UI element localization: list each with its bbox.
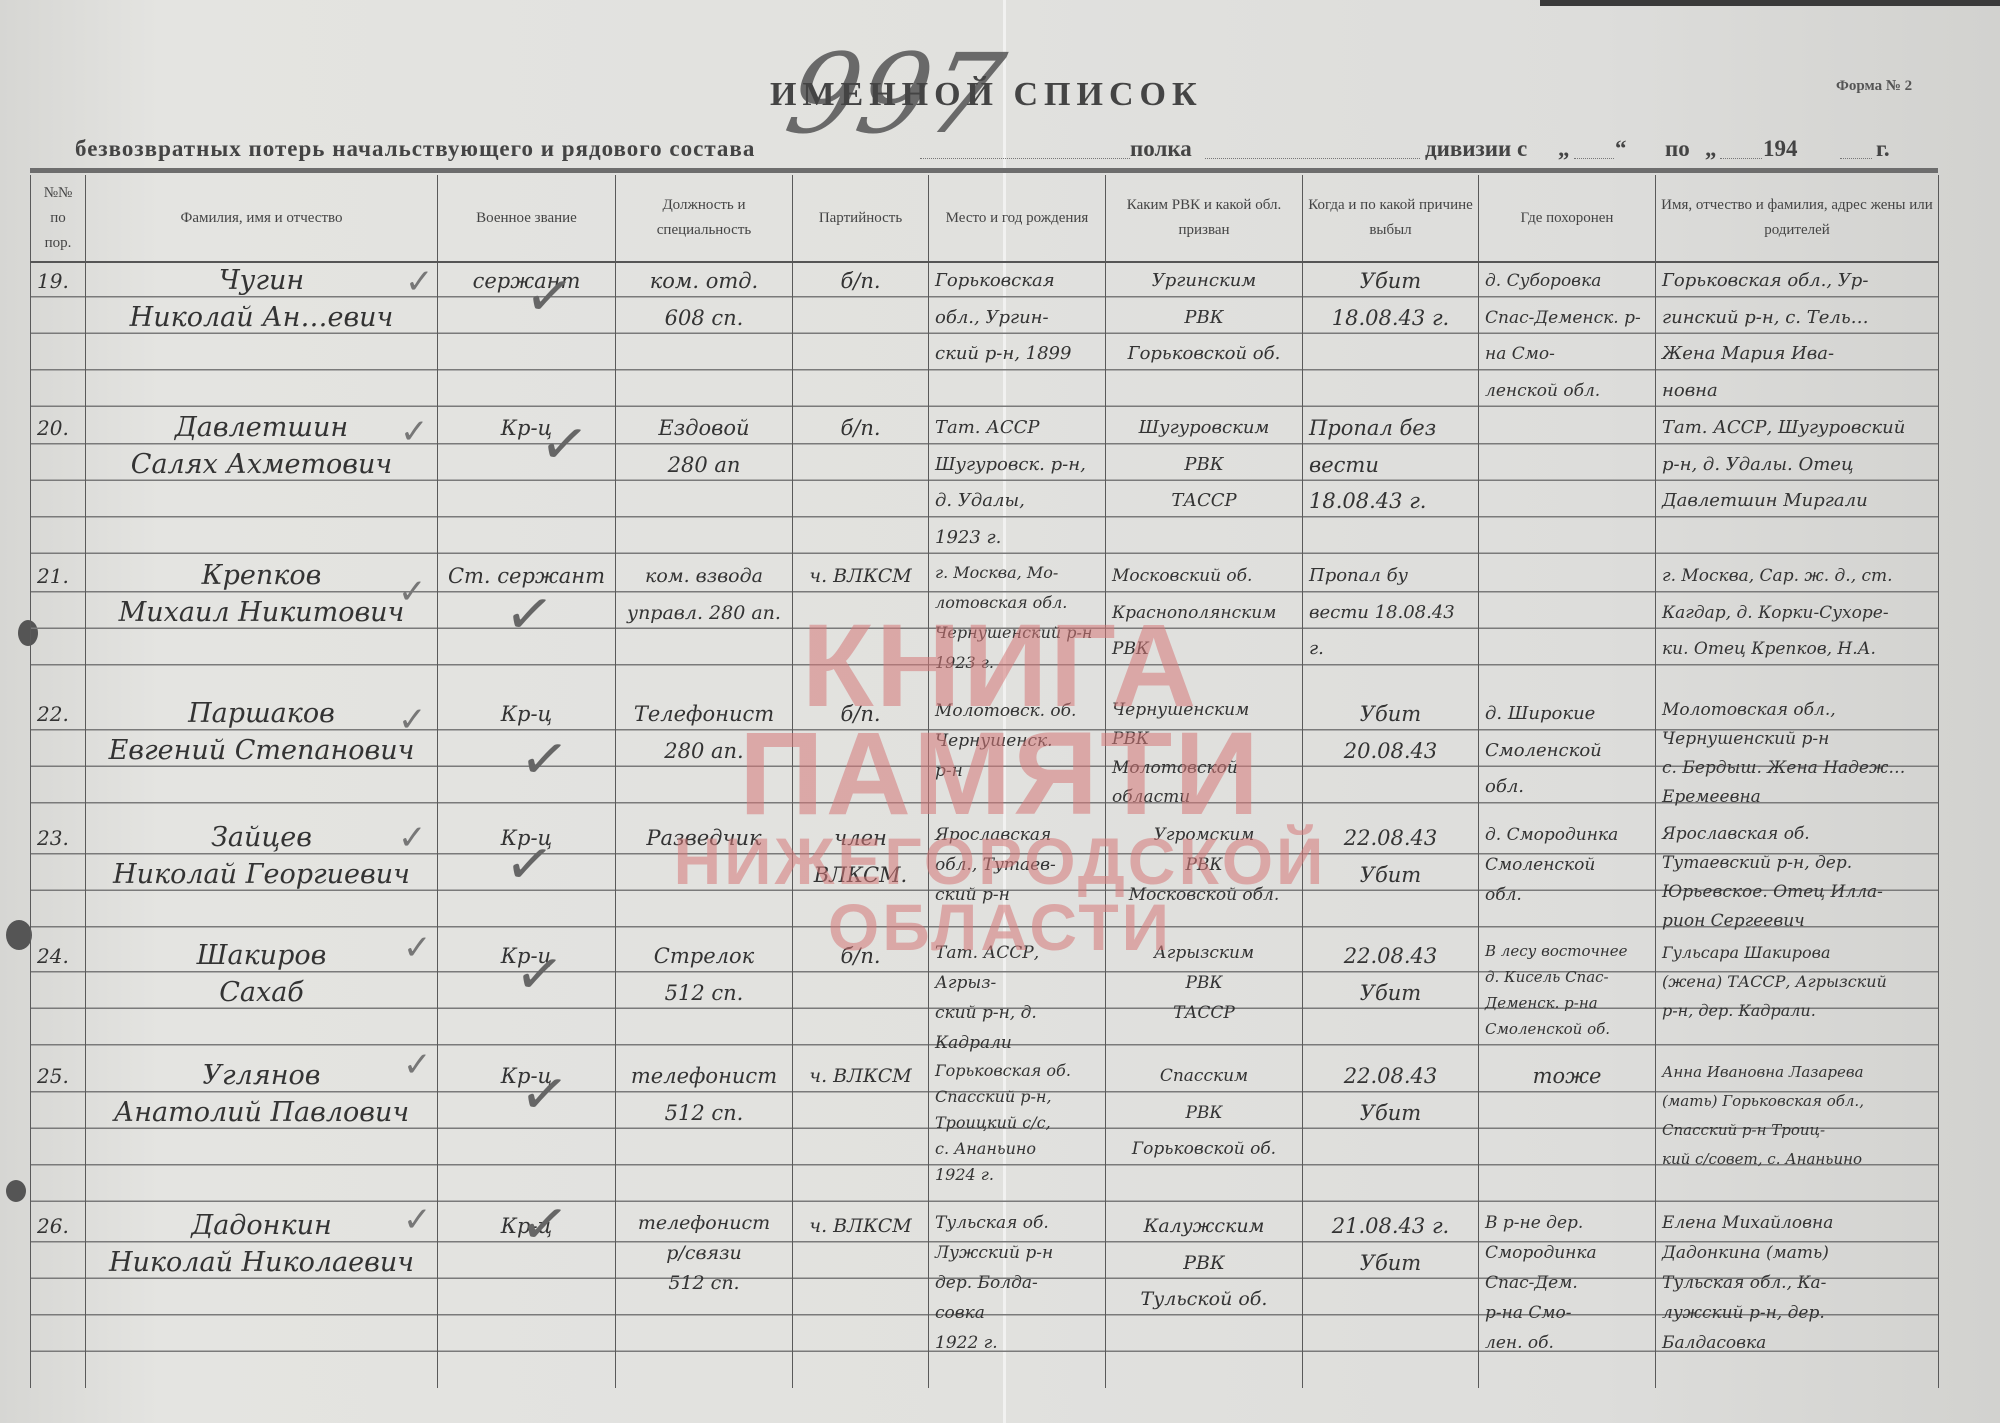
binding-hole — [6, 1180, 26, 1202]
cell-birth: Горьковская обл., Ургин- ский р-н, 1899 — [929, 262, 1106, 410]
cell-rvk: Ургинским РВК Горьковской об. — [1106, 262, 1303, 410]
cell-relatives: Ярославская об. Тутаевский р-н, дер. Юрь… — [1656, 820, 1939, 938]
checkmark-icon: ✓ — [516, 1057, 574, 1131]
year-suffix: г. — [1876, 136, 1890, 162]
cell-relatives: г. Москва, Сар. ж. д., ст. Кагдар, д. Ко… — [1656, 558, 1939, 696]
header-rule — [30, 168, 1938, 173]
cell-birth: Ярославская обл., Тутаев- ский р-н — [929, 820, 1106, 938]
cell-position: Ездовой 280 ап — [616, 410, 793, 558]
tick-icon: ✓ — [398, 700, 427, 740]
table-row: 22. Паршаков Евгений Степанович Кр-ц Тел… — [31, 696, 1939, 820]
tick-icon: ✓ — [398, 818, 427, 858]
date-from-quote-close: “ — [1615, 136, 1627, 162]
row-number: 25. — [31, 1058, 86, 1208]
cell-rvk: Агрызским РВК ТАССР — [1106, 938, 1303, 1058]
cell-rvk: Калужским РВК Тульской об. — [1106, 1208, 1303, 1388]
cell-position: телефонист р/связи 512 сп. — [616, 1208, 793, 1388]
col-rvk: Каким РВК и какой обл. призван — [1106, 175, 1303, 262]
date-to-quote: „ — [1705, 136, 1717, 162]
col-full-name: Фамилия, имя и отчество — [86, 175, 438, 262]
cell-when: Пропал без вести 18.08.43 г. — [1303, 410, 1479, 558]
cell-relatives: Горьковская обл., Ур- гинский р-н, с. Те… — [1656, 262, 1939, 410]
cell-name: Дадонкин Николай Николаевич — [86, 1208, 438, 1388]
cell-name: Чугин Николай Ан…евич — [86, 262, 438, 410]
scan-edge — [1540, 0, 2000, 6]
table-row: 24. Шакиров Сахаб Кр-ц Стрелок 512 сп. б… — [31, 938, 1939, 1058]
col-relatives: Имя, отчество и фамилия, адрес жены или … — [1656, 175, 1939, 262]
table-row: 25. Углянов Анатолий Павлович Кр-ц телеф… — [31, 1058, 1939, 1208]
col-when-why: Когда и по какой причине выбыл — [1303, 175, 1479, 262]
date-from-quote: „ — [1558, 136, 1570, 162]
checkmark-icon: ✓ — [536, 407, 594, 481]
checkmark-icon: ✓ — [501, 577, 559, 651]
checkmark-icon: ✓ — [521, 259, 579, 333]
row-number: 20. — [31, 410, 86, 558]
table-row: 20. Давлетшин Салях Ахметович Кр-ц Ездов… — [31, 410, 1939, 558]
cell-buried: д. Суборовка Спас-Деменск. р-на Смо- лен… — [1479, 262, 1656, 410]
col-birth: Место и год рождения — [929, 175, 1106, 262]
table-row: 26. Дадонкин Николай Николаевич Кр-ц тел… — [31, 1208, 1939, 1388]
table-row: 23. Зайцев Николай Георгиевич Кр-ц Разве… — [31, 820, 1939, 938]
row-number: 19. — [31, 262, 86, 410]
row-number: 26. — [31, 1208, 86, 1388]
cell-relatives: Молотовская обл., Чернушенский р-н с. Бе… — [1656, 696, 1939, 820]
cell-party: ч. ВЛКСМ — [793, 1058, 929, 1208]
cell-buried: В р-не дер. Смородинка Спас-Дем. р-на См… — [1479, 1208, 1656, 1388]
cell-when: Убит 20.08.43 — [1303, 696, 1479, 820]
checkmark-icon: ✓ — [516, 1187, 574, 1261]
year-label: 194 — [1763, 136, 1798, 162]
cell-buried — [1479, 558, 1656, 696]
cell-birth: г. Москва, Мо- лотовская обл. Чернушенск… — [929, 558, 1106, 696]
cell-relatives: Елена Михайловна Дадонкина (мать) Тульск… — [1656, 1208, 1939, 1388]
form-number: Форма № 2 — [1836, 78, 1912, 95]
cell-relatives: Гульсара Шакирова (жена) ТАССР, Агрызски… — [1656, 938, 1939, 1058]
col-number: №№ по пор. — [31, 175, 86, 262]
cell-name: Давлетшин Салях Ахметович — [86, 410, 438, 558]
cell-rvk: Чернушенским РВК Молотовской области — [1106, 696, 1303, 820]
binding-hole — [6, 920, 32, 950]
cell-party: б/п. — [793, 938, 929, 1058]
cell-position: Стрелок 512 сп. — [616, 938, 793, 1058]
col-position: Должность и специальность — [616, 175, 793, 262]
date-from-blank — [1574, 158, 1614, 159]
cell-relatives: Анна Ивановна Лазарева (мать) Горьковска… — [1656, 1058, 1939, 1208]
casualty-table: №№ по пор. Фамилия, имя и отчество Военн… — [30, 175, 1939, 1388]
cell-position: ком. взвода управл. 280 ап. — [616, 558, 793, 696]
cell-when: 21.08.43 г. Убит — [1303, 1208, 1479, 1388]
table-header-row: №№ по пор. Фамилия, имя и отчество Военн… — [31, 175, 1939, 262]
row-number: 21. — [31, 558, 86, 696]
cell-birth: Тат. АССР Шугуровск. р-н, д. Удалы, 1923… — [929, 410, 1106, 558]
col-rank: Военное звание — [438, 175, 616, 262]
cell-rvk: Шугуровским РВК ТАССР — [1106, 410, 1303, 558]
cell-birth: Тульская об. Лужский р-н дер. Болда- сов… — [929, 1208, 1106, 1388]
cell-birth: Горьковская об. Спасский р-н, Троицкий с… — [929, 1058, 1106, 1208]
col-buried: Где похоронен — [1479, 175, 1656, 262]
date-to-blank — [1720, 158, 1762, 159]
cell-buried: В лесу восточнее д. Кисель Спас- Деменск… — [1479, 938, 1656, 1058]
tick-icon: ✓ — [405, 262, 434, 302]
cell-position: ком. отд. 608 сп. — [616, 262, 793, 410]
cell-relatives: Тат. АССР, Шугуровский р-н, д. Удалы. От… — [1656, 410, 1939, 558]
cell-party: член ВЛКСМ. — [793, 820, 929, 938]
checkmark-icon: ✓ — [501, 827, 559, 901]
row-number: 23. — [31, 820, 86, 938]
table-row: 19. Чугин Николай Ан…евич сержант ком. о… — [31, 262, 1939, 410]
row-number: 24. — [31, 938, 86, 1058]
division-label: дивизии с — [1425, 136, 1527, 162]
cell-position: Разведчик — [616, 820, 793, 938]
cell-buried: д. Широкие Смоленской обл. — [1479, 696, 1656, 820]
tick-icon: ✓ — [403, 1045, 432, 1085]
regiment-label: полка — [1130, 136, 1192, 162]
cell-party: ч. ВЛКСМ — [793, 1208, 929, 1388]
row-number: 22. — [31, 696, 86, 820]
cell-buried: д. Смородинка Смоленской обл. — [1479, 820, 1656, 938]
cell-when: Пропал бу вести 18.08.43 г. — [1303, 558, 1479, 696]
cell-when: 22.08.43 Убит — [1303, 1058, 1479, 1208]
cell-name: Паршаков Евгений Степанович — [86, 696, 438, 820]
document-title: ИМЕННОЙ СПИСОК — [770, 76, 1203, 114]
cell-name: Зайцев Николай Георгиевич — [86, 820, 438, 938]
cell-when: 22.08.43 Убит — [1303, 820, 1479, 938]
date-to-label: по — [1665, 136, 1690, 162]
cell-when: 22.08.43 Убит — [1303, 938, 1479, 1058]
checkmark-icon: ✓ — [511, 937, 569, 1011]
checkmark-icon: ✓ — [516, 722, 574, 796]
cell-when: Убит 18.08.43 г. — [1303, 262, 1479, 410]
table-row: 21. Крепков Михаил Никитович Ст. сержант… — [31, 558, 1939, 696]
cell-party: б/п. — [793, 696, 929, 820]
tick-icon: ✓ — [403, 1200, 432, 1240]
cell-party: б/п. — [793, 410, 929, 558]
tick-icon: ✓ — [403, 928, 432, 968]
cell-rvk: Угромским РВК Московской обл. — [1106, 820, 1303, 938]
cell-position: Телефонист 280 ап. — [616, 696, 793, 820]
cell-position: телефонист 512 сп. — [616, 1058, 793, 1208]
col-party: Партийность — [793, 175, 929, 262]
division-blank — [1205, 158, 1420, 159]
cell-rvk: Московский об. Краснополянским РВК — [1106, 558, 1303, 696]
tick-icon: ✓ — [400, 412, 429, 452]
year-blank — [1840, 158, 1872, 159]
cell-name: Углянов Анатолий Павлович — [86, 1058, 438, 1208]
cell-name: Крепков Михаил Никитович — [86, 558, 438, 696]
cell-party: б/п. — [793, 262, 929, 410]
cell-party: ч. ВЛКСМ — [793, 558, 929, 696]
cell-buried: тоже — [1479, 1058, 1656, 1208]
cell-birth: Молотовск. об. Чернушенск. р-н — [929, 696, 1106, 820]
cell-rvk: Спасским РВК Горьковской об. — [1106, 1058, 1303, 1208]
subtitle-prefix: безвозвратных потерь начальствующего и р… — [75, 136, 755, 162]
cell-name: Шакиров Сахаб — [86, 938, 438, 1058]
cell-birth: Тат. АССР, Агрыз- ский р-н, д. Кадрали — [929, 938, 1106, 1058]
cell-buried — [1479, 410, 1656, 558]
tick-icon: ✓ — [398, 572, 427, 612]
regiment-blank — [920, 158, 1130, 159]
